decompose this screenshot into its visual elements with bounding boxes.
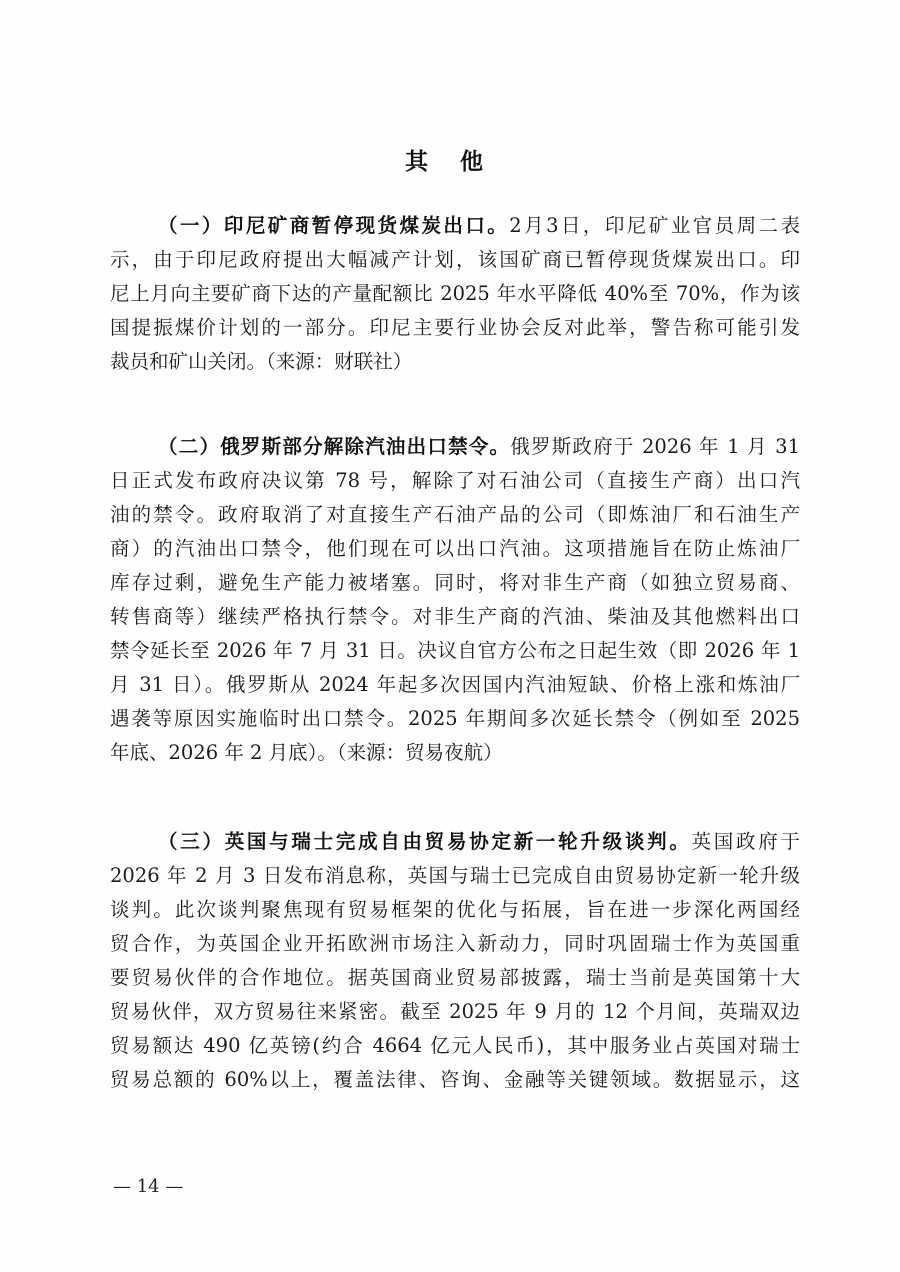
news-item-russia-gasoline: （二）俄罗斯部分解除汽油出口禁令。俄罗斯政府于 2026 年 1 月 31 日正… [110, 430, 800, 770]
item-heading: （一）印尼矿商暂停现货煤炭出口。 [158, 214, 509, 237]
paragraph-line: 油的禁令。政府取消了对直接生产石油产品的公司（即炼油厂和石油生产 [110, 498, 800, 532]
paragraph-line: 年底、2026 年 2 月底）。（来源：贸易夜航） [110, 736, 800, 770]
paragraph-line: 月 31 日）。俄罗斯从 2024 年起多次因国内汽油短缺、价格上涨和炼油厂 [110, 668, 800, 702]
paragraph-line: 示，由于印尼政府提出大幅减产计划，该国矿商已暂停现货煤炭出口。印 [110, 243, 800, 277]
news-item-indonesia-coal: （一）印尼矿商暂停现货煤炭出口。2月3日，印尼矿业官员周二表 示，由于印尼政府提… [110, 209, 800, 379]
paragraph-line: 贸易总额的 60%以上，覆盖法律、咨询、金融等关键领域。数据显示，这 [110, 1063, 800, 1097]
paragraph-line: 禁令延长至 2026 年 7 月 31 日。决议自官方公布之日起生效（即 202… [110, 634, 800, 668]
paragraph-line: 谈判。此次谈判聚焦现有贸易框架的优化与拓展，旨在进一步深化两国经 [110, 893, 800, 927]
paragraph-line: （二）俄罗斯部分解除汽油出口禁令。俄罗斯政府于 2026 年 1 月 31 [110, 430, 800, 464]
paragraph-line: 日正式发布政府决议第 78 号，解除了对石油公司（直接生产商）出口汽 [110, 464, 800, 498]
section-title: 其 他 [0, 143, 900, 176]
paragraph-line: 商）的汽油出口禁令，他们现在可以出口汽油。这项措施旨在防止炼油厂 [110, 532, 800, 566]
news-item-uk-swiss-fta: （三）英国与瑞士完成自由贸易协定新一轮升级谈判。英国政府于 2026 年 2 月… [110, 825, 800, 1097]
paragraph-line: （一）印尼矿商暂停现货煤炭出口。2月3日，印尼矿业官员周二表 [110, 209, 800, 243]
paragraph-line: 2026 年 2 月 3 日发布消息称，英国与瑞士已完成自由贸易协定新一轮升级 [110, 859, 800, 893]
paragraph-line: 转售商等）继续严格执行禁令。对非生产商的汽油、柴油及其他燃料出口 [110, 600, 800, 634]
paragraph-line: 尼上月向主要矿商下达的产量配额比 2025 年水平降低 40%至 70%，作为该 [110, 277, 800, 311]
document-page: 其 他 （一）印尼矿商暂停现货煤炭出口。2月3日，印尼矿业官员周二表 示，由于印… [0, 0, 900, 1272]
paragraph-line: （三）英国与瑞士完成自由贸易协定新一轮升级谈判。英国政府于 [110, 825, 800, 859]
paragraph-line: 遇袭等原因实施临时出口禁令。2025 年期间多次延长禁令（例如至 2025 [110, 702, 800, 736]
paragraph-line: 裁员和矿山关闭。（来源：财联社） [110, 345, 800, 379]
paragraph-line: 贸易额达 490 亿英镑(约合 4664 亿元人民币)，其中服务业占英国对瑞士 [110, 1029, 800, 1063]
paragraph-line: 库存过剩，避免生产能力被堵塞。同时，将对非生产商（如独立贸易商、 [110, 566, 800, 600]
paragraph-line: 贸合作，为英国企业开拓欧洲市场注入新动力，同时巩固瑞士作为英国重 [110, 927, 800, 961]
item-heading: （二）俄罗斯部分解除汽油出口禁令。 [158, 435, 510, 458]
page-number: — 14 — [113, 1176, 183, 1197]
paragraph-line: 贸易伙伴，双方贸易往来紧密。截至 2025 年 9 月的 12 个月间，英瑞双边 [110, 995, 800, 1029]
paragraph-line: 要贸易伙伴的合作地位。据英国商业贸易部披露，瑞士当前是英国第十大 [110, 961, 800, 995]
paragraph-line: 国提振煤价计划的一部分。印尼主要行业协会反对此举，警告称可能引发 [110, 311, 800, 345]
item-heading: （三）英国与瑞士完成自由贸易协定新一轮升级谈判。 [158, 830, 692, 853]
